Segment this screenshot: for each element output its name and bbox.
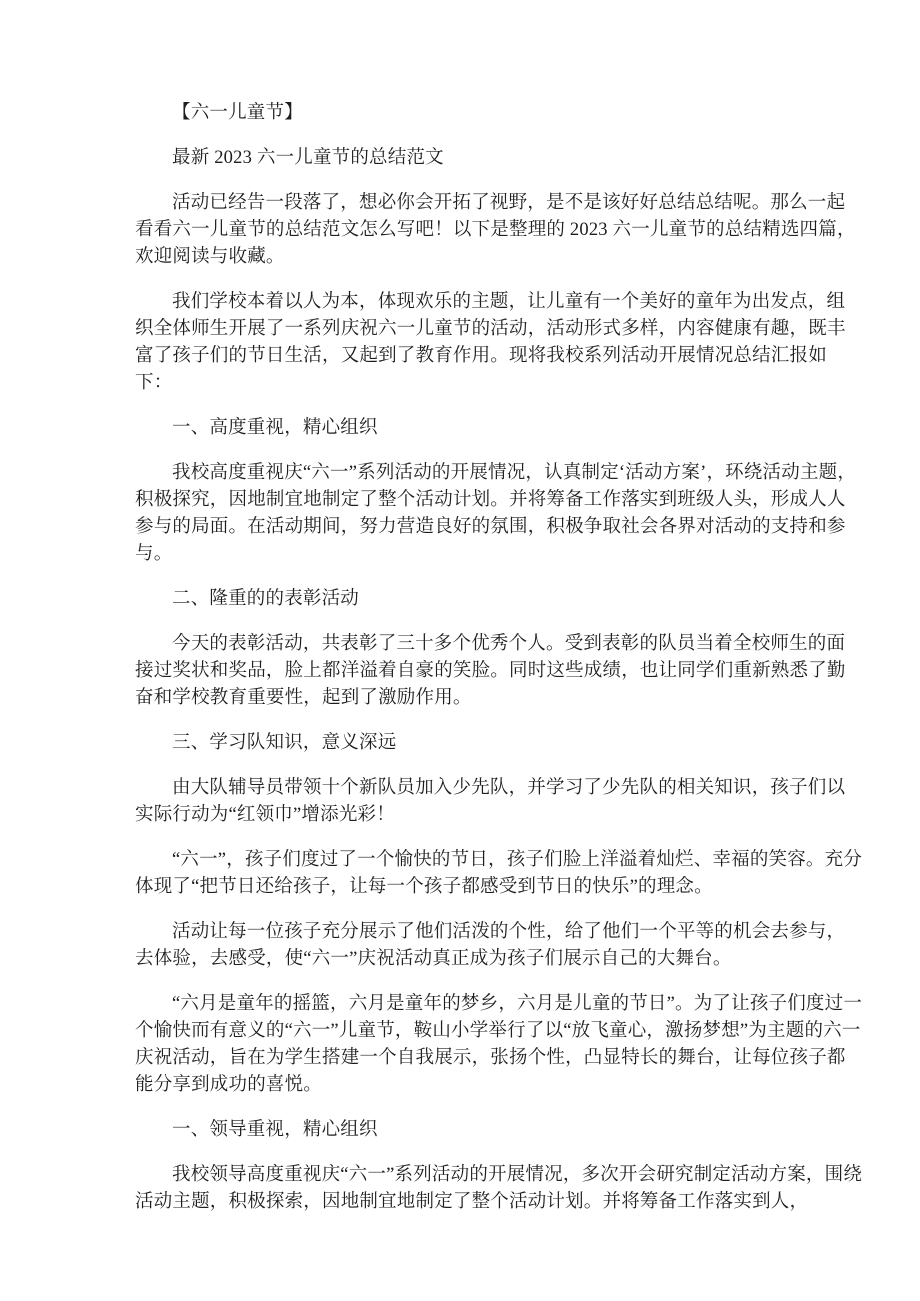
- document-text-area: 【六一儿童节】 最新 2023 六一儿童节的总结范文 活动已经告一段落了，想必你…: [135, 100, 863, 1234]
- doc-tag-heading: 【六一儿童节】: [135, 100, 863, 127]
- paragraph: 我校领导高度重视庆“六一”系列活动的开展情况，多次开会研究制定活动方案，围绕活动…: [135, 1162, 863, 1216]
- document-page: 【六一儿童节】 最新 2023 六一儿童节的总结范文 活动已经告一段落了，想必你…: [0, 0, 920, 1301]
- paragraph: 今天的表彰活动，共表彰了三十多个优秀个人。受到表彰的队员当着全校师生的面接过奖状…: [135, 631, 863, 712]
- paragraph: 我校高度重视庆“六一”系列活动的开展情况，认真制定‘活动方案’，环绕活动主题，积…: [135, 460, 863, 568]
- paragraph: “六月是童年的摇篮，六月是童年的梦乡，六月是儿童的节日”。为了让孩子们度过一个愉…: [135, 991, 863, 1099]
- section-heading-4: 一、领导重视，精心组织: [135, 1117, 863, 1144]
- paragraph: 我们学校本着以人为本，体现欢乐的主题，让儿童有一个美好的童年为出发点，组织全体师…: [135, 289, 863, 397]
- intro-paragraph: 活动已经告一段落了，想必你会开拓了视野，是不是该好好总结总结呢。那么一起看看六一…: [135, 190, 863, 271]
- paragraph: 由大队辅导员带领十个新队员加入少先队，并学习了少先队的相关知识，孩子们以实际行动…: [135, 775, 863, 829]
- section-heading-1: 一、高度重视，精心组织: [135, 415, 863, 442]
- section-heading-2: 二、隆重的的表彰活动: [135, 586, 863, 613]
- paragraph: 活动让每一位孩子充分展示了他们活泼的个性，给了他们一个平等的机会去参与，去体验，…: [135, 919, 863, 973]
- paragraph: “六一”，孩子们度过了一个愉快的节日，孩子们脸上洋溢着灿烂、幸福的笑容。充分体现…: [135, 847, 863, 901]
- section-heading-3: 三、学习队知识，意义深远: [135, 730, 863, 757]
- doc-title: 最新 2023 六一儿童节的总结范文: [135, 145, 863, 172]
